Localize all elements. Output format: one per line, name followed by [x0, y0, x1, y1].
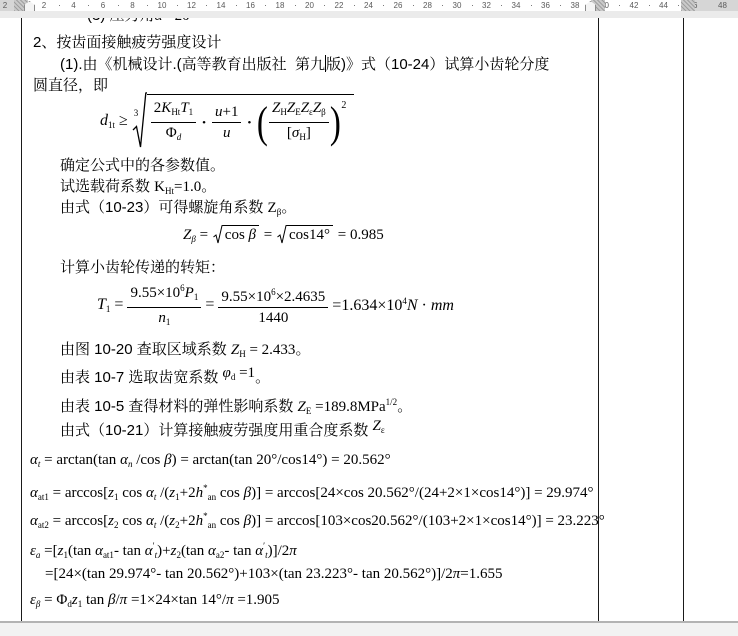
math-token: 1/2: [386, 397, 398, 407]
horizontal-ruler[interactable]: 2 24681012141618202224262830323436384042…: [0, 0, 738, 11]
math-token: ·: [418, 297, 431, 314]
word-window: 2 24681012141618202224262830323436384042…: [0, 0, 738, 636]
window-background-below-page: [0, 623, 738, 636]
math-token: mm: [431, 297, 454, 314]
math-token: 由式（10-23）可得螺旋角系数: [60, 199, 268, 216]
math-token: N: [407, 297, 418, 314]
right-paren: ): [330, 103, 341, 143]
math-token: 由表 10-5 查得材料的弹性影响系数: [60, 398, 298, 415]
math-token: 试选载荷系数: [60, 178, 154, 195]
math-token: 1: [189, 107, 194, 117]
ruler-tick-dot: [324, 5, 325, 6]
math-token: /cos: [132, 452, 164, 468]
line-elastic-factor: 由表 10-5 查得材料的弹性影响系数 ZE =189.8MPa1/2。: [60, 392, 412, 421]
ruler-tick-label: 30: [453, 1, 462, 10]
math-token: α: [146, 485, 154, 501]
math-token: Z: [301, 100, 309, 116]
ruler-tick-dot: [383, 5, 384, 6]
ruler-tick-label: 32: [482, 1, 491, 10]
ruler-tick-dot: [118, 5, 119, 6]
math-token: 2、按齿面接触疲劳强度设计: [33, 34, 221, 51]
ruler-table-boundary-hatch: [681, 0, 695, 11]
math-token: 。: [201, 178, 216, 195]
radical-sign-icon: [277, 225, 287, 245]
ruler-tick-dot: [619, 5, 620, 6]
math-token: T: [97, 296, 106, 313]
ruler-tick-label: 16: [246, 1, 255, 10]
math-token: = Φ: [40, 592, 67, 608]
math-token: β: [321, 107, 326, 117]
math-token: π: [226, 592, 234, 608]
line-confirm-parameters: 确定公式中的各参数值。: [60, 156, 225, 176]
math-token: 1440: [258, 310, 288, 326]
line-alpha-t: αt = arctan(tan αn /cos β) = arctan(tan …: [30, 450, 391, 474]
formula-z-beta: Zβ = cos β = cos14° = 0.985: [183, 223, 384, 247]
math-token: φ: [223, 365, 231, 381]
ruler-tick-dot: [560, 5, 561, 6]
math-token: 。: [255, 369, 270, 386]
math-token: u: [215, 104, 223, 120]
fraction-t1-symbolic: 9.55×106P1n1: [127, 279, 201, 331]
math-token: 由表 10-7 选取齿宽系数: [60, 369, 223, 386]
math-token: an: [208, 492, 217, 502]
math-token: at2: [38, 520, 49, 530]
math-token: Ht: [171, 107, 180, 117]
math-token: ≥: [115, 112, 132, 129]
math-token: =1×24×tan 14°/: [127, 592, 226, 608]
math-token: α: [95, 543, 103, 559]
ruler-outer-left-label: 2: [3, 1, 7, 10]
math-token: n: [158, 310, 166, 326]
math-token: K: [154, 179, 165, 195]
line-alpha-at2: αat2 = arccos[z2 cos αt /(z2+2h*an cos β…: [30, 506, 605, 535]
math-token: cos: [118, 513, 146, 529]
ruler-tick-dot: [236, 5, 237, 6]
ruler-tick-dot: [413, 5, 414, 6]
line-alpha-at1: αat1 = arccos[z1 cos αt /(z1+2h*an cos β…: [30, 478, 594, 507]
math-token: at1: [38, 492, 49, 502]
ruler-tick-dot: [472, 5, 473, 6]
radical-sign-icon: [213, 225, 223, 245]
multiply-dot-icon: •: [242, 117, 256, 129]
math-token: = arccos[: [49, 513, 108, 529]
line-torque-heading: 计算小齿轮传递的转矩：: [60, 258, 225, 278]
ruler-tick-dot: [147, 5, 148, 6]
ruler-tick-dot: [206, 5, 207, 6]
math-token: 由图 10-20 查取区域系数: [60, 341, 231, 358]
math-token: tan: [82, 592, 108, 608]
ruler-tick-label: 14: [217, 1, 226, 10]
math-token: cos14°: [289, 227, 330, 243]
math-token: Φ: [166, 125, 177, 141]
math-token: 。: [397, 398, 412, 415]
math-token: =1: [235, 365, 255, 381]
math-token: =[24×(tan 29.974°- tan 20.562°)+103×(tan…: [45, 566, 453, 582]
fraction-load: 2KHtT1Φd: [151, 99, 196, 146]
math-token: β: [244, 485, 251, 501]
paragraph-1-pre-cursor: (1).由《机械设计.(高等教育出版社 第九: [60, 56, 325, 73]
math-token: Z: [268, 200, 277, 216]
math-token: ε: [381, 425, 385, 435]
math-token: =20°: [162, 18, 195, 24]
math-token: =1.655: [460, 566, 502, 582]
ruler-tick-dot: [295, 5, 296, 6]
math-token: ) = arctan(tan 20°/cos14°) = 20.562°: [172, 452, 391, 468]
math-token: 1: [166, 317, 171, 327]
ruler-tick-label: 48: [718, 1, 727, 10]
math-token: = arccos[: [49, 485, 108, 501]
math-token: 1t: [108, 120, 115, 130]
ruler-tick-label: 38: [571, 1, 580, 10]
math-token: +2: [180, 485, 196, 501]
math-token: 计算小齿轮传递的转矩：: [60, 259, 225, 276]
sqrt-cos-beta: cos β: [213, 225, 259, 245]
line-width-factor: 由表 10-7 选取齿宽系数 φd =1。: [60, 368, 270, 392]
math-token: 9.55×10: [130, 285, 180, 301]
math-token: +1: [223, 104, 239, 120]
fraction-ratio: u+1u: [212, 103, 241, 142]
math-token: =: [201, 296, 218, 313]
math-token: Z: [287, 100, 295, 116]
math-token: P: [185, 285, 194, 301]
math-token: )]/2: [268, 543, 290, 559]
ruler-tick-label: 24: [364, 1, 373, 10]
sqrt-cos-14: cos14°: [277, 225, 333, 245]
ruler-tick-label: 10: [158, 1, 167, 10]
ruler-tick-label: 2: [42, 1, 46, 10]
math-token: h: [196, 485, 204, 501]
math-token: =: [110, 296, 127, 313]
exponent: 2: [341, 100, 346, 111]
math-token: +2: [180, 513, 196, 529]
math-token: α: [30, 452, 38, 468]
fraction-z-factors: ZHZEZεZβ[σH]: [269, 99, 329, 146]
ruler-tick-label: 12: [187, 1, 196, 10]
line-zone-factor: 由图 10-20 查取区域系数 ZH = 2.433。: [60, 340, 310, 364]
math-token: 版)》式（10-24）试算小齿轮分度: [326, 56, 549, 73]
math-token: = arctan(tan: [40, 452, 120, 468]
math-token: β: [164, 452, 171, 468]
math-token: Ht: [165, 186, 174, 196]
math-token: an: [208, 520, 217, 530]
math-token: =189.8MPa: [311, 399, 385, 415]
formula-t1: T1 = 9.55×106P1n1 = 9.55×106×2.46351440 …: [97, 284, 454, 326]
ruler-tick-label: 34: [512, 1, 521, 10]
math-token: - tan: [114, 543, 145, 559]
ruler-tick-label: 22: [335, 1, 344, 10]
ruler-tick-dot: [88, 5, 89, 6]
ruler-tick-dot: [59, 5, 60, 6]
ruler-tick-label: 8: [130, 1, 134, 10]
math-token: (1).由《机械设计.(高等教育出版社 第九: [60, 56, 325, 73]
root-index: 3: [134, 108, 139, 118]
math-token: d: [100, 112, 108, 129]
ruler-tick-dot: [265, 5, 266, 6]
math-token: =1.905: [234, 592, 280, 608]
line-epsilon-alpha-2: =[24×(tan 29.974°- tan 20.562°)+103×(tan…: [45, 564, 503, 584]
ruler-tick-label: 20: [305, 1, 314, 10]
math-token: (3) 压力角: [87, 18, 155, 24]
ruler-tick-label: 4: [71, 1, 75, 10]
math-token: /(: [156, 485, 169, 501]
math-token: =: [260, 227, 276, 243]
ruler-tick-dot: [442, 5, 443, 6]
math-token: )] = arccos[103×cos20.562°/(103+2×1×cos1…: [251, 513, 605, 529]
math-token: = 2.433: [246, 342, 296, 358]
ruler-tick-label: 6: [101, 1, 105, 10]
math-token: =: [196, 227, 212, 243]
math-token: (tan: [181, 543, 208, 559]
math-token: 由式（10-21）计算接触疲劳强度用重合度系数: [60, 422, 373, 439]
math-token: K: [161, 100, 171, 116]
ruler-tick-dot: [354, 5, 355, 6]
math-token: =1.634×10: [328, 297, 402, 314]
math-token: α: [145, 543, 153, 559]
ruler-tick-dot: [501, 5, 502, 6]
ruler-tick-dot: [678, 5, 679, 6]
line-partial-pressure-angle: (3) 压力角α =20°: [87, 18, 196, 26]
ruler-tick-label: 44: [659, 1, 668, 10]
math-token: Z: [298, 399, 306, 415]
math-token: β: [108, 592, 115, 608]
formula-d1t: d1t ≥ 3 2KHtT1Φd • u+1u • ( ZHZEZεZβ[σH]…: [100, 90, 354, 152]
cube-root: 3 2KHtT1Φd • u+1u • ( ZHZEZεZβ[σH] ) 2: [132, 92, 355, 150]
math-token: 确定公式中的各参数值。: [60, 157, 225, 174]
math-token: u: [223, 125, 231, 141]
math-token: α: [30, 513, 38, 529]
math-token: cos: [216, 485, 244, 501]
math-token: h: [196, 513, 204, 529]
math-token: )] = arccos[24×cos 20.562°/(24+2×1×cos14…: [251, 485, 593, 501]
document-page[interactable]: (3) 压力角α =20° 2、按齿面接触疲劳强度设计 (1).由《机械设计.(…: [0, 18, 738, 621]
ruler-tick-label: 36: [541, 1, 550, 10]
line-epsilon-alpha-1: εa =[z1(tan αat1- tan α′t)+z2(tan αa2- t…: [30, 536, 297, 565]
math-token: β: [244, 513, 251, 529]
math-token: Z: [231, 342, 239, 358]
math-token: cos: [216, 513, 244, 529]
math-token: cos: [225, 227, 249, 243]
math-token: Z: [313, 100, 321, 116]
math-token: ]: [306, 125, 311, 141]
line-eq-10-23: 由式（10-23）可得螺旋角系数 Zβ。: [60, 198, 296, 222]
math-token: (tan: [68, 543, 95, 559]
ruler-tick-dot: [531, 5, 532, 6]
line-paragraph-1: (1).由《机械设计.(高等教育出版社 第九版)》式（10-24）试算小齿轮分度: [60, 55, 549, 75]
math-token: =[: [40, 543, 57, 559]
left-paren: (: [257, 103, 268, 143]
radical-sign-icon: [132, 92, 147, 150]
math-token: α: [208, 543, 216, 559]
ruler-tick-label: 26: [394, 1, 403, 10]
ruler-lower-band: [0, 11, 738, 18]
math-token: /(: [156, 513, 169, 529]
math-token: = 0.985: [334, 227, 384, 243]
line-paragraph-1b: 圆直径，即: [33, 76, 108, 96]
math-token: at1: [103, 550, 114, 560]
math-token: 圆直径，即: [33, 77, 108, 94]
fraction-t1-numeric: 9.55×106×2.46351440: [218, 283, 328, 327]
math-token: - tan: [224, 543, 255, 559]
math-token: α: [30, 485, 38, 501]
line-epsilon-beta: εβ = Φdz1 tan β/π =1×24×tan 14°/π =1.905: [30, 590, 280, 614]
math-token: =1.0: [174, 179, 201, 195]
math-token: 1: [194, 292, 199, 302]
ruler-tick-label: 42: [630, 1, 639, 10]
formula-d1t-lhs: d1t ≥: [100, 112, 132, 130]
ruler-tick-label: 18: [276, 1, 285, 10]
math-token: 。: [281, 199, 296, 216]
ruler-tick-dot: [649, 5, 650, 6]
multiply-dot-icon: •: [197, 117, 211, 129]
math-token: π: [289, 543, 297, 559]
math-token: ×2.4635: [276, 289, 326, 305]
math-token: β: [249, 227, 256, 243]
table-border-right[interactable]: [683, 18, 684, 621]
table-border-left[interactable]: [21, 18, 22, 621]
math-token: α: [146, 513, 154, 529]
math-token: Z: [373, 418, 381, 434]
ruler-tick-dot: [177, 5, 178, 6]
line-section-heading: 2、按齿面接触疲劳强度设计: [33, 33, 221, 53]
line-eq-10-21: 由式（10-21）计算接触疲劳强度用重合度系数 Zε: [60, 421, 385, 445]
ruler-tick-label: 28: [423, 1, 432, 10]
math-token: T: [180, 100, 188, 116]
math-token: 9.55×10: [221, 289, 271, 305]
math-token: α: [255, 543, 263, 559]
math-token: 。: [295, 341, 310, 358]
math-token: α: [120, 452, 128, 468]
ruler-outer-right: [695, 0, 738, 11]
paragraph-1-post-cursor: 版)》式（10-24）试算小齿轮分度: [326, 56, 549, 73]
math-token: )+: [157, 543, 170, 559]
math-token: d: [177, 132, 182, 142]
math-token: cos: [118, 485, 146, 501]
